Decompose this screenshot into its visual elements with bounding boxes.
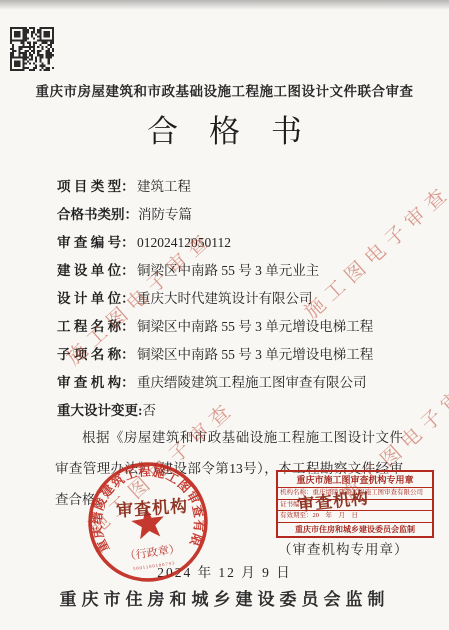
- field-value: 重庆大时代建筑设计有限公司: [137, 291, 313, 306]
- field-review-number: 审 查 编 号：01202412050112: [57, 234, 419, 251]
- field-value: 否: [143, 403, 157, 418]
- field-label: 合格书类别：: [57, 206, 138, 223]
- field-construction-unit: 建 设 单 位：铜梁区中南路 55 号 3 单元业主: [57, 262, 419, 279]
- field-value: 消防专篇: [138, 207, 192, 222]
- field-label: 项 目 类 型：: [57, 178, 137, 195]
- field-value: 铜梁区中南路 55 号 3 单元业主: [137, 263, 319, 278]
- certificate-page: 重庆市房屋建筑和市政基础设施工程施工图设计文件联合审查 合 格 书 项 目 类 …: [0, 0, 449, 630]
- field-label: 子 项 名 称：: [57, 346, 137, 363]
- seal-serial: 5001100100793: [133, 560, 176, 571]
- field-major-design-change: 重大设计变更:否: [57, 402, 419, 419]
- field-value: 铜梁区中南路 55 号 3 单元增设电梯工程: [137, 319, 373, 334]
- qr-code: [10, 27, 54, 71]
- field-label: 工 程 名 称：: [57, 318, 137, 335]
- field-value: 01202412050112: [137, 235, 231, 250]
- document-header: 重庆市房屋建筑和市政基础设施工程施工图设计文件联合审查: [0, 80, 449, 100]
- review-agency-overlay: 审查机构: [115, 492, 189, 522]
- stamp-caption: （审查机构专用章）: [278, 538, 409, 558]
- field-subproject-name: 子 项 名 称：铜梁区中南路 55 号 3 单元增设电梯工程: [57, 346, 419, 363]
- document-title: 合 格 书: [0, 106, 449, 151]
- field-value: 建筑工程: [137, 179, 191, 194]
- official-round-seal: 重庆缙陵建筑工程施工图审查有限公司 （行政章） 5001100100793: [78, 452, 218, 592]
- stamp-footer: 重庆市住房和城乡建设委员会监制: [278, 523, 432, 536]
- supervising-authority: 重庆市住房和城乡建设委员会监制: [0, 585, 449, 610]
- field-label: 建 设 单 位：: [57, 262, 137, 279]
- field-project-type: 项 目 类 型：建筑工程: [57, 178, 419, 195]
- field-design-unit: 设 计 单 位：重庆大时代建筑设计有限公司: [57, 290, 419, 307]
- field-value: 重庆缙陵建筑工程施工图审查有限公司: [137, 375, 367, 390]
- field-certificate-category: 合格书类别：消防专篇: [57, 206, 419, 223]
- field-list: 项 目 类 型：建筑工程 合格书类别：消防专篇 审 查 编 号：01202412…: [57, 178, 419, 430]
- field-review-agency: 审 查 机 构：重庆缙陵建筑工程施工图审查有限公司: [57, 374, 419, 391]
- field-project-name: 工 程 名 称：铜梁区中南路 55 号 3 单元增设电梯工程: [57, 318, 419, 335]
- field-value: 铜梁区中南路 55 号 3 单元增设电梯工程: [137, 347, 373, 362]
- field-label: 重大设计变更:: [57, 402, 143, 419]
- field-label: 审 查 机 构：: [57, 374, 137, 391]
- field-label: 设 计 单 位：: [57, 290, 137, 307]
- issue-date: 2024 年 12 月 9 日: [0, 561, 449, 581]
- field-label: 审 查 编 号：: [57, 234, 137, 251]
